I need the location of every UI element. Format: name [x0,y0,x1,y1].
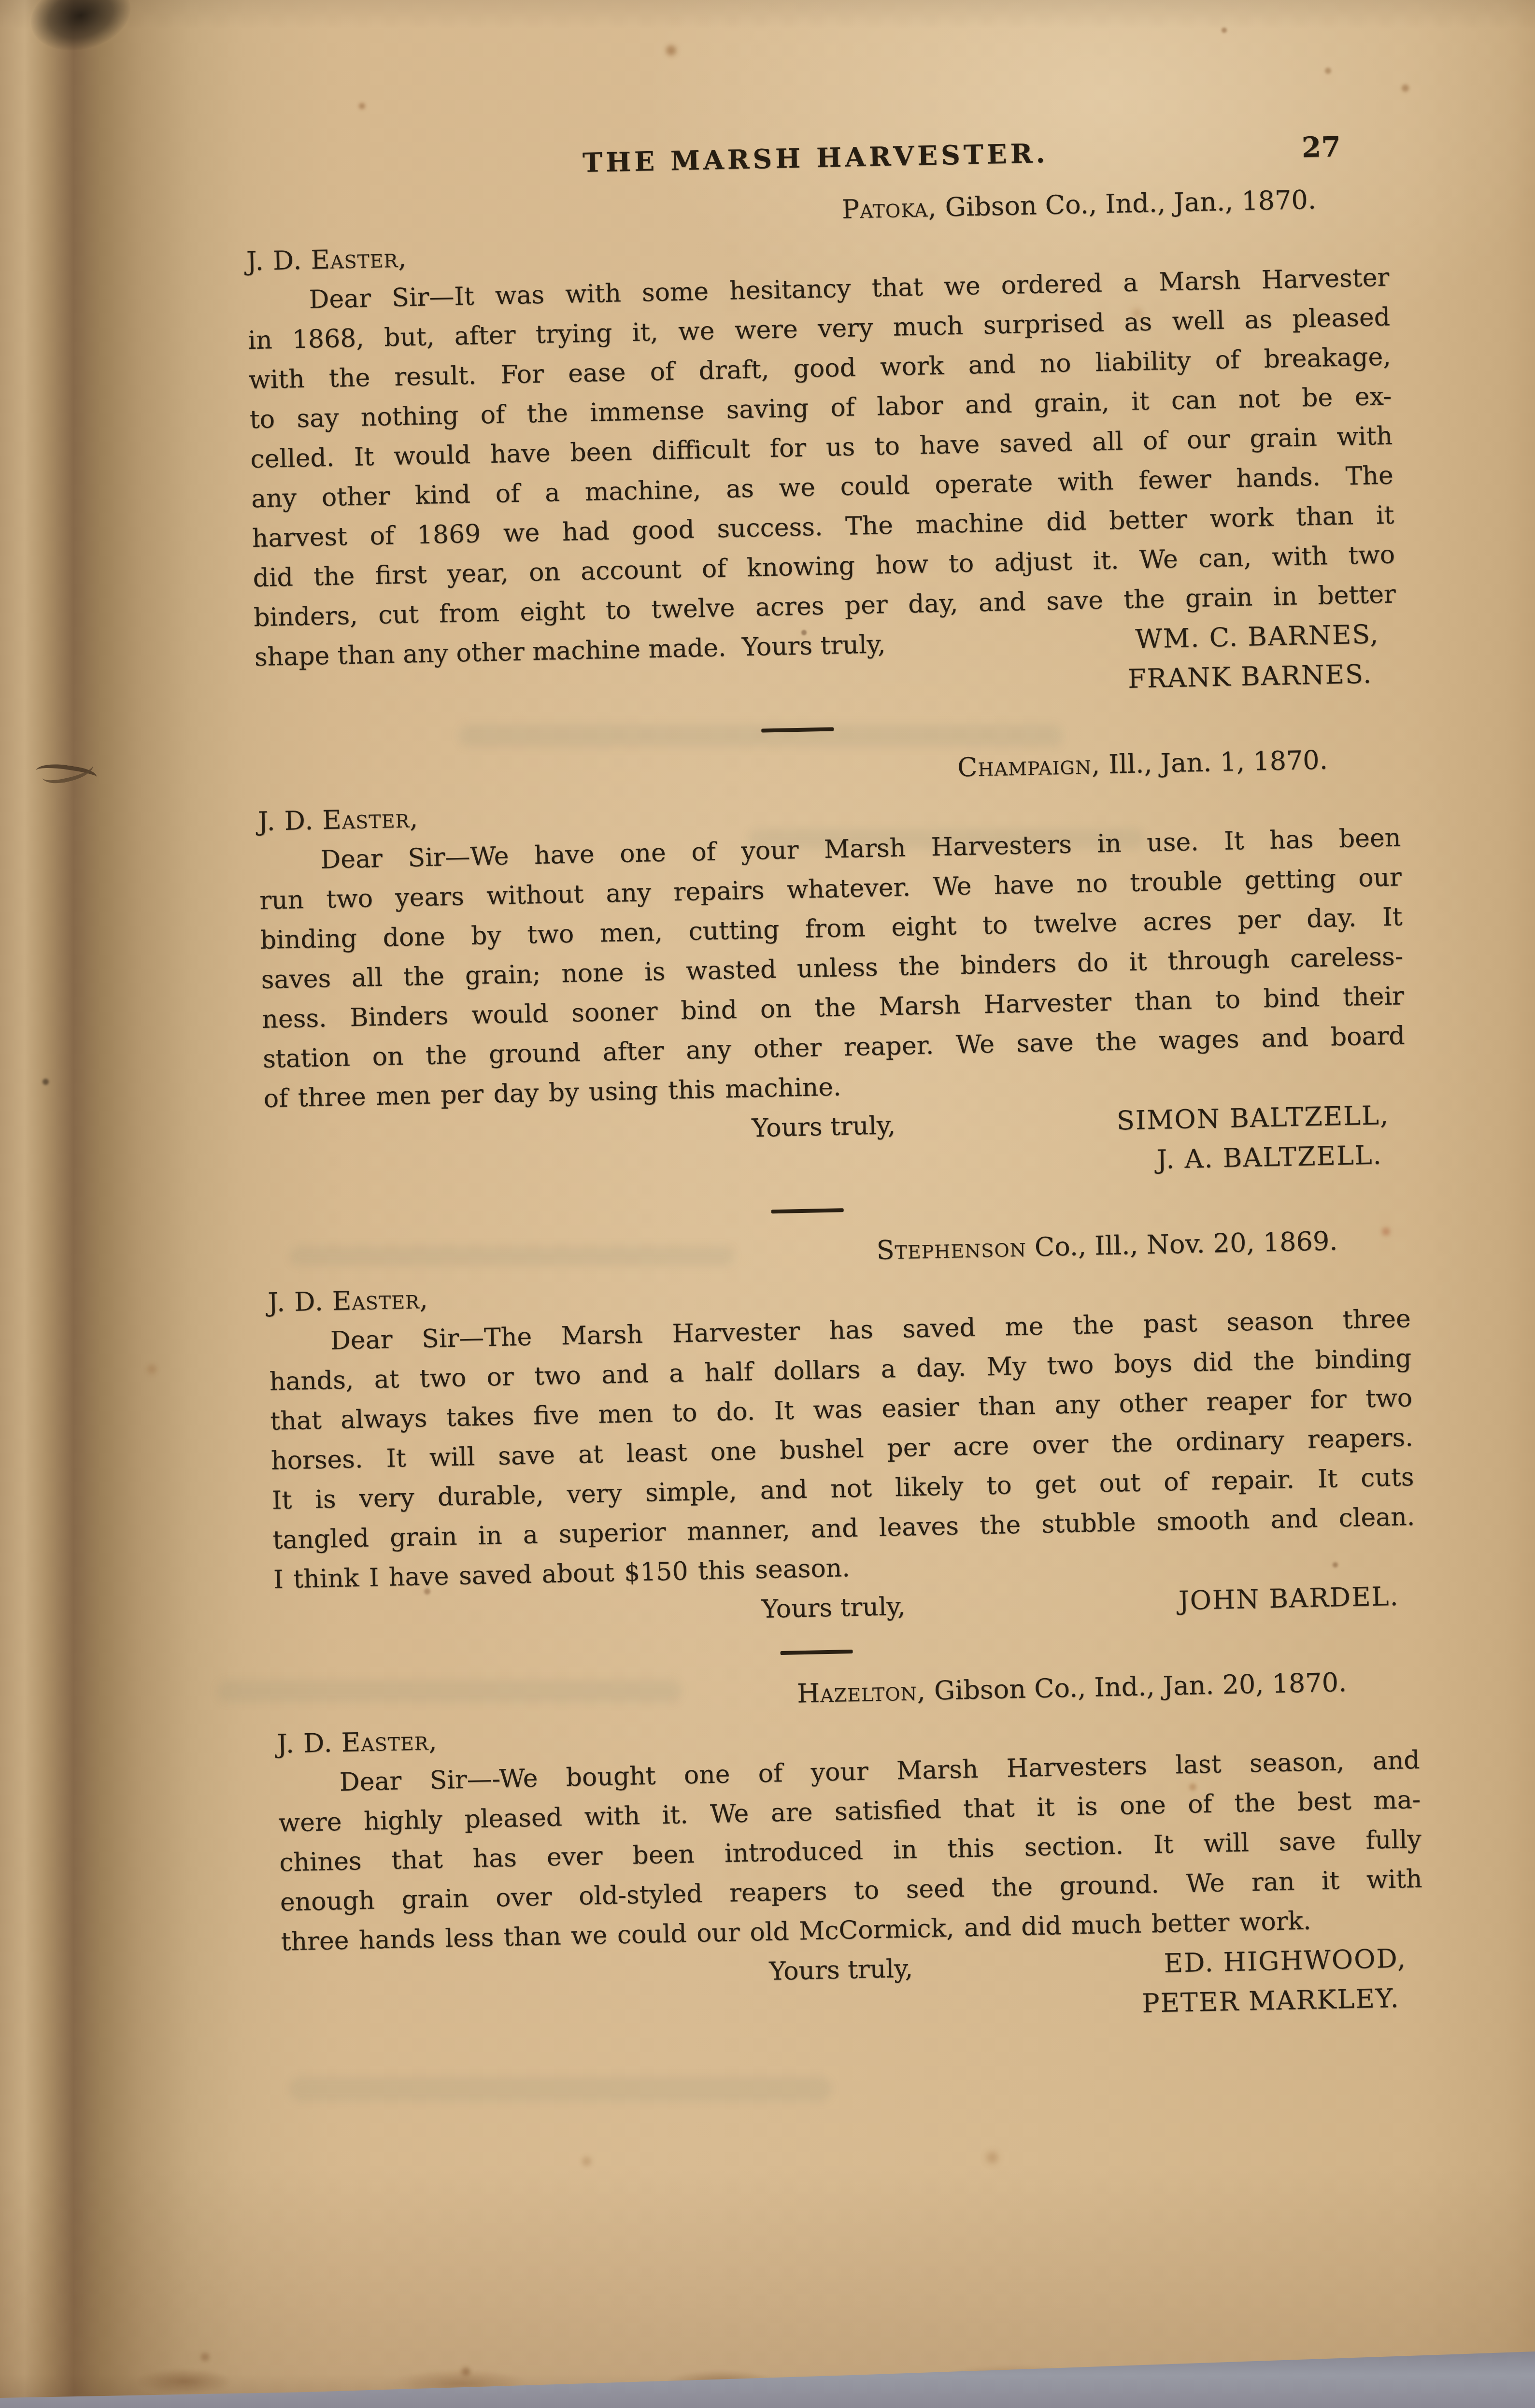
running-title: THE MARSH HARVESTER. [582,133,1049,183]
letter: Hazelton, Gibson Co., Ind., Jan. 20, 187… [276,1661,1425,2041]
page-number: 27 [1048,126,1387,172]
closing-phrase: Yours truly, [727,625,900,668]
dateline-rest: Gibson Co., Ind., Jan. 20, 1870. [925,1667,1347,1706]
dateline-rest: Co., Ill., Nov. 20, 1869. [1026,1225,1338,1262]
binding-thread [34,757,106,791]
dateline-rest: Ill., Jan. 1, 1870. [1100,744,1328,780]
section-divider-rule [761,727,834,732]
closing-phrase: Yours truly, [747,1586,920,1629]
page-content: THE MARSH HARVESTER. 27 Patoka, Gibson C… [244,126,1425,2041]
scanned-book-page: { "page": { "running_title": "THE MARSH … [0,0,1535,2408]
letter: Patoka, Gibson Co., Ind., Jan., 1870. J.… [245,179,1397,717]
dateline-location: Hazelton, [797,1676,926,1709]
letter: Champaign, Ill., Jan. 1, 1870. J. D. Eas… [256,739,1407,1198]
letter: Stephenson Co., Ill., Nov. 20, 1869. J. … [267,1220,1417,1639]
dateline-location: Patoka, [841,192,937,225]
section-divider-rule [780,1650,853,1655]
dateline-location: Stephenson [876,1232,1026,1265]
dateline-location: Champaign, [957,749,1100,783]
closing-phrase: Yours truly, [737,1105,910,1148]
foxing-spots [0,0,4,4]
section-divider-rule [771,1208,843,1213]
dateline-rest: Gibson Co., Ind., Jan., 1870. [937,185,1317,223]
show-through-ghost [290,2077,831,2101]
header-spacer [245,172,583,179]
closing-phrase: Yours truly, [754,1949,928,1992]
